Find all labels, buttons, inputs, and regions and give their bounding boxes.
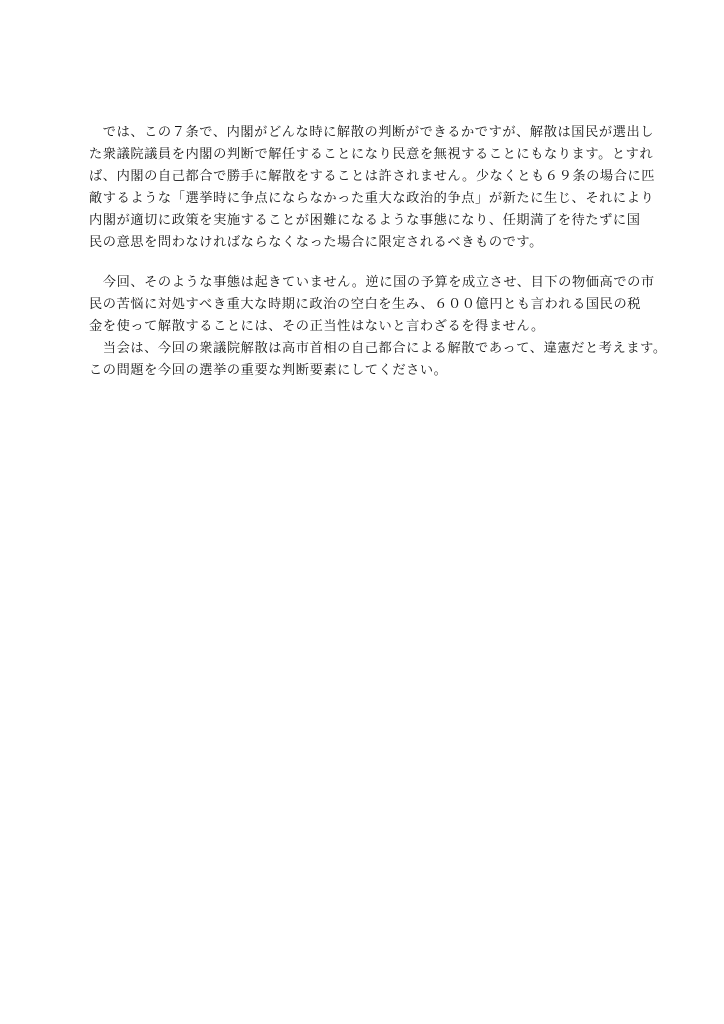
paragraph-3-line-2: この問題を今回の選挙の重要な判断要素にしてください。 [89, 360, 649, 382]
document-page: では、この７条で、内閣がどんな時に解散の判断ができるかですが、解散は国民が選出し… [0, 0, 724, 1024]
paragraph-1-line-6: 民の意思を問わなければならなくなった場合に限定されるべきものです。 [89, 232, 649, 254]
paragraph-2-line-1: 今回、そのような事態は起きていません。逆に国の予算を成立させ、目下の物価高での市 [89, 272, 649, 294]
paragraph-1-line-1: では、この７条で、内閣がどんな時に解散の判断ができるかですが、解散は国民が選出し [89, 122, 649, 144]
paragraph-1-line-2: た衆議院議員を内閣の判断で解任することになり民意を無視することにもなります。とす… [89, 144, 649, 166]
paragraph-3-line-1: 当会は、今回の衆議院解散は高市首相の自己都合による解散であって、違憲だと考えます… [89, 338, 649, 360]
paragraph-2-line-2: 民の苦悩に対処すべき重大な時期に政治の空白を生み、６００億円とも言われる国民の税 [89, 294, 649, 316]
paragraph-1-line-3: ば、内閣の自己都合で勝手に解散をすることは許されません。少なくとも６９条の場合に… [89, 166, 649, 188]
paragraph-1-line-5: 内閣が適切に政策を実施することが困難になるような事態になり、任期満了を待たずに国 [89, 210, 649, 232]
paragraph-2-line-3: 金を使って解散することには、その正当性はないと言わざるを得ません。 [89, 316, 649, 338]
paragraph-1-line-4: 敵するような「選挙時に争点にならなかった重大な政治的争点」が新たに生じ、それによ… [89, 188, 649, 210]
